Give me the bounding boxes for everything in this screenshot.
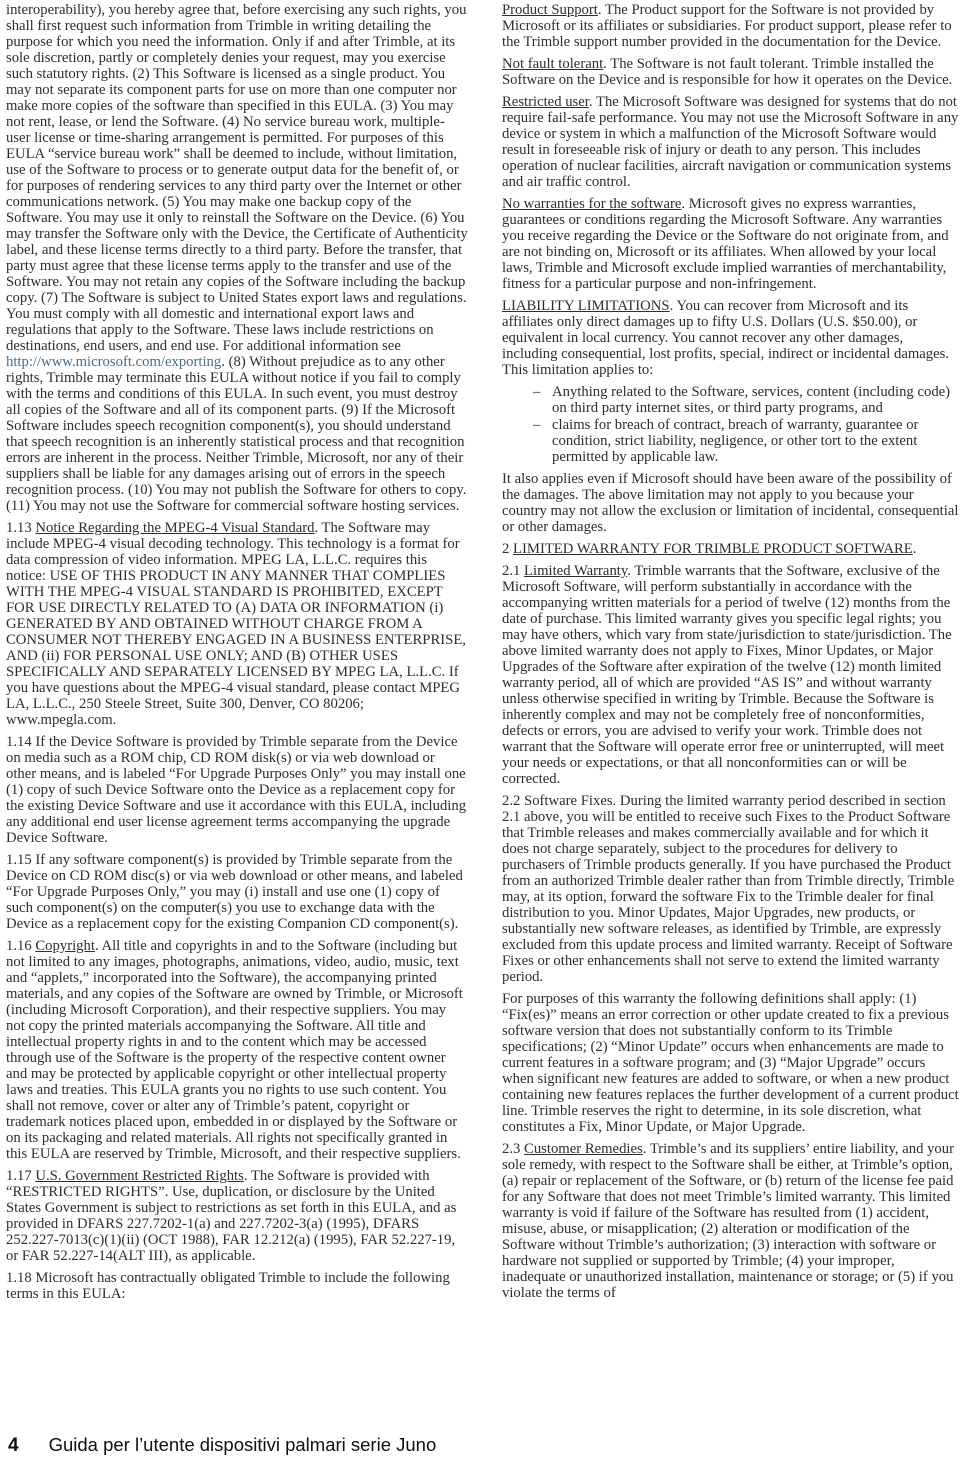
body-text: 2.3: [502, 1141, 524, 1157]
body-text: For purposes of this warranty the follow…: [502, 991, 959, 1135]
right-column: Product Support. The Product support for…: [502, 2, 959, 1307]
body-text: interoperability), you hereby agree that…: [6, 2, 468, 354]
dash-bullet-icon: –: [533, 417, 540, 433]
paragraph: 1.14 If the Device Software is provided …: [6, 734, 468, 846]
paragraph: It also applies even if Microsoft should…: [502, 471, 959, 535]
body-text: . Trimble’s and its suppliers’ entire li…: [502, 1141, 954, 1301]
bullet-list: –Anything related to the Software, servi…: [502, 384, 959, 465]
body-text: 1.18 Microsoft has contractually obligat…: [6, 1270, 450, 1302]
body-text: .: [913, 541, 917, 557]
section-heading: Product Support: [502, 2, 598, 18]
section-heading: No warranties for the software: [502, 196, 681, 212]
paragraph: interoperability), you hereby agree that…: [6, 2, 468, 514]
section-heading: LIMITED WARRANTY FOR TRIMBLE PRODUCT SOF…: [513, 541, 913, 557]
body-text: 1.15 If any software component(s) is pro…: [6, 852, 463, 932]
paragraph: 1.13 Notice Regarding the MPEG-4 Visual …: [6, 520, 468, 728]
paragraph: 1.18 Microsoft has contractually obligat…: [6, 1270, 468, 1302]
section-heading: Copyright: [35, 938, 95, 954]
body-text: It also applies even if Microsoft should…: [502, 471, 958, 535]
hyperlink[interactable]: http://www.microsoft.com/exporting: [6, 354, 221, 370]
body-text: . Trimble warrants that the Software, ex…: [502, 563, 952, 787]
body-text: . All title and copyrights in and to the…: [6, 938, 463, 1162]
section-heading: Notice Regarding the MPEG-4 Visual Stand…: [35, 520, 314, 536]
paragraph: LIABILITY LIMITATIONS. You can recover f…: [502, 298, 959, 378]
paragraph: Not fault tolerant. The Software is not …: [502, 56, 959, 88]
body-text: 2: [502, 541, 513, 557]
section-heading: LIABILITY LIMITATIONS: [502, 298, 670, 314]
paragraph: 2.3 Customer Remedies. Trimble’s and its…: [502, 1141, 959, 1301]
bullet-item: –claims for breach of contract, breach o…: [502, 417, 959, 465]
body-text: 1.14 If the Device Software is provided …: [6, 734, 466, 846]
section-heading: Restricted user: [502, 94, 589, 110]
section-heading: U.S. Government Restricted Rights: [35, 1168, 243, 1184]
bullet-item: –Anything related to the Software, servi…: [502, 384, 959, 416]
body-text: 2.2 Software Fixes. During the limited w…: [502, 793, 954, 985]
paragraph: 2 LIMITED WARRANTY FOR TRIMBLE PRODUCT S…: [502, 541, 959, 557]
paragraph: 1.17 U.S. Government Restricted Rights. …: [6, 1168, 468, 1264]
document-page: interoperability), you hereby agree that…: [0, 0, 960, 1478]
page-number: 4: [8, 1435, 19, 1456]
body-text: . (8) Without prejudice as to any other …: [6, 354, 466, 514]
paragraph: No warranties for the software. Microsof…: [502, 196, 959, 292]
paragraph: Product Support. The Product support for…: [502, 2, 959, 50]
paragraph: For purposes of this warranty the follow…: [502, 991, 959, 1135]
paragraph: 2.1 Limited Warranty. Trimble warrants t…: [502, 563, 959, 787]
section-heading: Customer Remedies: [524, 1141, 643, 1157]
bullet-text: Anything related to the Software, servic…: [552, 384, 950, 416]
footer-title: Guida per l’utente dispositivi palmari s…: [49, 1434, 437, 1455]
paragraph: 1.16 Copyright. All title and copyrights…: [6, 938, 468, 1162]
body-text: Anything related to the Software, servic…: [552, 384, 950, 416]
body-text: 1.13: [6, 520, 35, 536]
section-heading: Not fault tolerant: [502, 56, 603, 72]
body-text: 1.17: [6, 1168, 35, 1184]
body-text: 2.1: [502, 563, 524, 579]
paragraph: Restricted user. The Microsoft Software …: [502, 94, 959, 190]
left-column: interoperability), you hereby agree that…: [6, 2, 468, 1308]
body-text: 1.16: [6, 938, 35, 954]
paragraph: 2.2 Software Fixes. During the limited w…: [502, 793, 959, 985]
body-text: claims for breach of contract, breach of…: [552, 417, 918, 465]
body-text: . The Software may include MPEG-4 visual…: [6, 520, 466, 728]
section-heading: Limited Warranty: [524, 563, 627, 579]
paragraph: 1.15 If any software component(s) is pro…: [6, 852, 468, 932]
dash-bullet-icon: –: [533, 384, 540, 400]
page-footer: 4Guida per l’utente dispositivi palmari …: [8, 1434, 436, 1457]
bullet-text: claims for breach of contract, breach of…: [552, 417, 918, 465]
